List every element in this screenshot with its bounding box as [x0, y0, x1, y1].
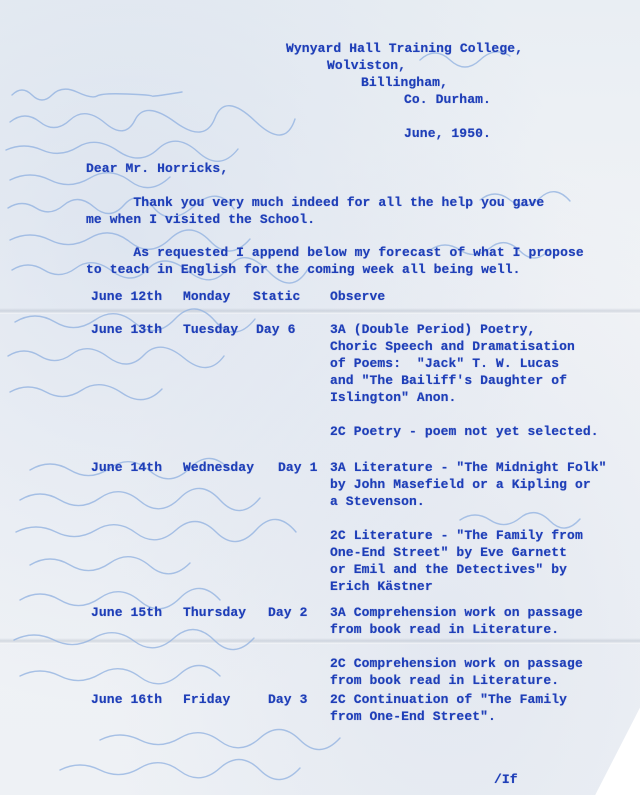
schedule-entry-line: a Stevenson. — [330, 493, 425, 510]
schedule-entry-line: 3A Literature - "The Midnight Folk" — [330, 459, 607, 476]
schedule-date: June 13th — [91, 321, 162, 338]
schedule-date: June 15th — [91, 604, 162, 621]
schedule-day: Day 6 — [256, 321, 296, 338]
schedule-weekday: Friday — [183, 691, 230, 708]
paper-fold — [0, 308, 640, 314]
schedule-entry-line: 2C Comprehension work on passage — [330, 655, 583, 672]
schedule-entry-line: or Emil and the Detectives" by — [330, 561, 567, 578]
schedule-date: June 14th — [91, 459, 162, 476]
paragraph-line: As requested I append below my forecast … — [86, 244, 584, 261]
schedule-entry-line: and "The Bailiff's Daughter of — [330, 372, 567, 389]
schedule-weekday: Monday — [183, 288, 230, 305]
schedule-entry-line: One-End Street" by Eve Garnett — [330, 544, 567, 561]
schedule-entry-line: Islington" Anon. — [330, 389, 456, 406]
typist-reference: /If — [494, 771, 518, 788]
schedule-day: Static — [253, 288, 300, 305]
salutation: Dear Mr. Horricks, — [86, 160, 228, 177]
schedule-entry-line: of Poems: "Jack" T. W. Lucas — [330, 355, 559, 372]
address-line: Billingham, — [361, 74, 448, 91]
schedule-entry-line: 2C Poetry - poem not yet selected. — [330, 423, 599, 440]
schedule-day: Day 1 — [278, 459, 318, 476]
paper-fold — [0, 638, 640, 644]
schedule-date: June 16th — [91, 691, 162, 708]
address-line: Wynyard Hall Training College, — [286, 40, 523, 57]
schedule-entry-line: Erich Kästner — [330, 578, 433, 595]
schedule-entry-line: from book read in Literature. — [330, 621, 559, 638]
schedule-entry-line: 3A (Double Period) Poetry, — [330, 321, 535, 338]
schedule-entry-line: from One-End Street". — [330, 708, 496, 725]
schedule-entry-line: Observe — [330, 288, 385, 305]
address-line: Wolviston, — [327, 57, 406, 74]
address-line: Co. Durham. — [404, 91, 491, 108]
schedule-weekday: Wednesday — [183, 459, 254, 476]
paragraph-line: me when I visited the School. — [86, 211, 315, 228]
schedule-entry-line: 3A Comprehension work on passage — [330, 604, 583, 621]
paragraph-line: to teach in English for the coming week … — [86, 261, 521, 278]
schedule-day: Day 2 — [268, 604, 308, 621]
schedule-entry-line: 2C Continuation of "The Family — [330, 691, 567, 708]
paragraph-line: Thank you very much indeed for all the h… — [86, 194, 544, 211]
schedule-day: Day 3 — [268, 691, 308, 708]
schedule-weekday: Tuesday — [183, 321, 238, 338]
schedule-weekday: Thursday — [183, 604, 246, 621]
letter-date: June, 1950. — [404, 125, 491, 142]
schedule-entry-line: Choric Speech and Dramatisation — [330, 338, 575, 355]
schedule-date: June 12th — [91, 288, 162, 305]
schedule-entry-line: by John Masefield or a Kipling or — [330, 476, 591, 493]
schedule-entry-line: from book read in Literature. — [330, 672, 559, 689]
schedule-entry-line: 2C Literature - "The Family from — [330, 527, 583, 544]
